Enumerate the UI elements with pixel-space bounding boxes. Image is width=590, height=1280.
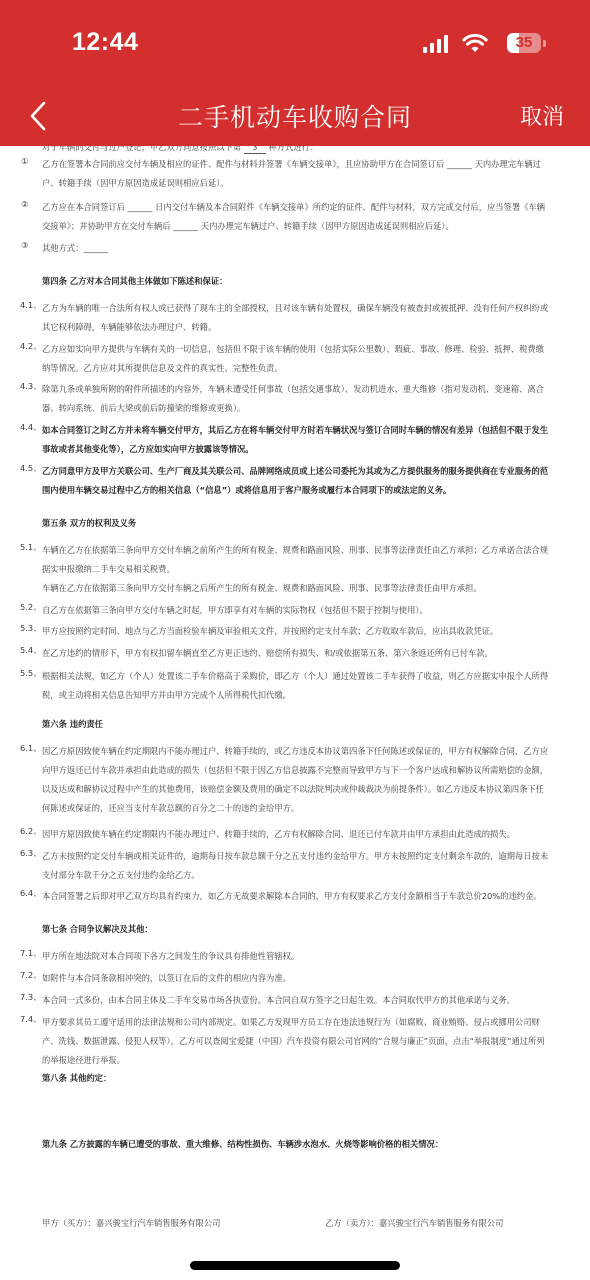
- home-indicator[interactable]: [190, 1261, 400, 1270]
- article-8-title: 第八条 其他约定：: [42, 1072, 111, 1084]
- cancel-button[interactable]: 取消: [520, 100, 564, 131]
- party-b-signature: 乙方（卖方）：嘉兴骏宝行汽车销售服务有限公司: [325, 1217, 503, 1229]
- article-6-title: 第六条 违约责任: [42, 718, 103, 730]
- page-title: 二手机动车收购合同: [0, 98, 590, 134]
- nav-bar: 二手机动车收购合同 取消: [0, 90, 590, 146]
- status-time: 12:44: [72, 28, 138, 57]
- battery-tip: [543, 40, 546, 47]
- battery-icon: 35: [507, 33, 541, 53]
- app-header: 12:44 35 二手机动车收购合同 取消: [0, 0, 590, 146]
- article-7-title: 第七条 合同争议解决及其他：: [42, 923, 153, 935]
- article-4-title: 第四条 乙方对本合同其他主体做如下陈述和保证：: [42, 275, 227, 287]
- status-bar: 12:44 35: [0, 0, 590, 90]
- party-a-signature: 甲方（买方）：嘉兴骏宝行汽车销售服务有限公司: [42, 1217, 220, 1229]
- cellular-signal-icon: [423, 35, 451, 53]
- wifi-icon: [462, 32, 488, 54]
- article-5-title: 第五条 双方的权利及义务: [42, 517, 136, 529]
- battery-level: 35: [507, 33, 541, 53]
- article-9-title: 第九条 乙方披露的车辆已遭受的事故、重大维修、结构性损伤、车辆涉水泡水、火烧等影…: [42, 1138, 443, 1150]
